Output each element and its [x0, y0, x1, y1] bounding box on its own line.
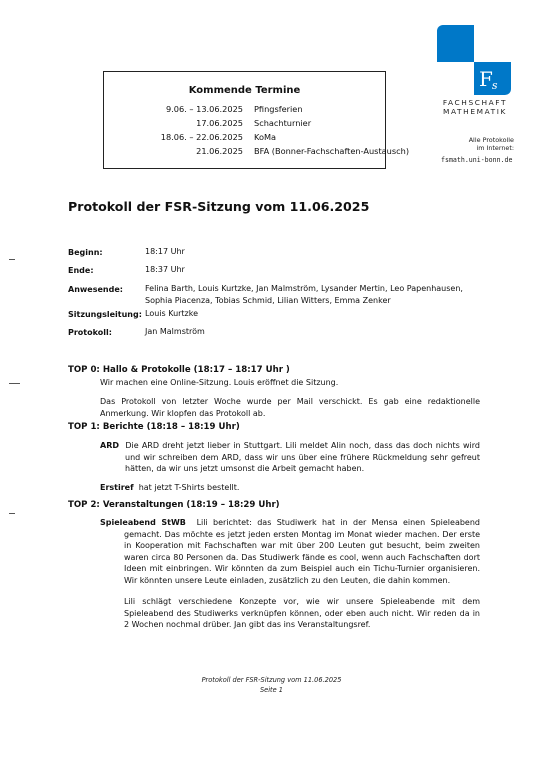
top-0-paragraph: Wir machen eine Online-Sitzung. Louis er…: [100, 377, 480, 389]
event-name: KoMa: [254, 132, 276, 142]
margin-mark: [9, 383, 20, 384]
event-name: BFA (Bonner-Fachschaften-Austausch): [254, 146, 409, 156]
sitzungsleitung-label: Sitzungsleitung:: [68, 310, 142, 319]
protokoll-value: Jan Malmström: [145, 326, 480, 338]
date-range: 9.06. – 13.06.2025: [166, 104, 243, 114]
date-row: 17.06.2025 Schachturnier: [104, 118, 387, 130]
top-0-heading: TOP 0: Hallo & Protokolle (18:17 – 18:17…: [68, 365, 290, 375]
logo-line-2: MATHEMATIK: [437, 107, 513, 116]
footer-page-number: Seite 1: [0, 686, 543, 694]
protokoll-label: Protokoll:: [68, 328, 112, 337]
margin-mark: [9, 259, 15, 260]
top-1-heading: TOP 1: Berichte (18:18 – 18:19 Uhr): [68, 422, 240, 432]
event-text: Lili berichtet: das Studiwerk hat in der…: [124, 518, 480, 585]
date-row: 9.06. – 13.06.2025 Pfingsferien: [104, 104, 387, 116]
protocols-online-note: Alle Protokolle im Internet:: [469, 136, 514, 152]
date-row: 18.06. – 22.06.2025 KoMa: [104, 132, 387, 144]
top-2-heading: TOP 2: Veranstaltungen (18:19 – 18:29 Uh…: [68, 500, 280, 510]
event-name: Schachturnier: [254, 118, 311, 128]
report-text: Die ARD dreht jetzt lieber in Stuttgart.…: [125, 441, 480, 473]
date-range: 17.06.2025: [196, 118, 243, 128]
date-range: 21.06.2025: [196, 146, 243, 156]
logo-square-icon: [437, 25, 474, 62]
fs-monogram-icon: Fs: [479, 66, 509, 92]
report-item-ard: ARD Die ARD dreht jetzt lieber in Stuttg…: [100, 440, 480, 475]
report-text: hat jetzt T-Shirts bestellt.: [139, 483, 240, 492]
ende-label: Ende:: [68, 266, 94, 275]
report-label: ARD: [100, 441, 119, 450]
date-range: 18.06. – 22.06.2025: [161, 132, 243, 142]
report-item-erstiref: Erstiref hat jetzt T-Shirts bestellt.: [100, 482, 480, 494]
top-2-paragraph: Lili schlägt verschiedene Konzepte vor, …: [124, 596, 480, 631]
anwesende-label: Anwesende:: [68, 285, 123, 294]
logo-line-1: FACHSCHAFT: [437, 98, 513, 107]
upcoming-dates-box: Kommende Termine 9.06. – 13.06.2025 Pfin…: [103, 71, 386, 169]
event-label: Spieleabend StWB: [100, 518, 186, 527]
sitzungsleitung-value: Louis Kurtzke: [145, 308, 480, 320]
event-name: Pfingsferien: [254, 104, 303, 114]
date-row: 21.06.2025 BFA (Bonner-Fachschaften-Aust…: [104, 146, 387, 158]
report-label: Erstiref: [100, 483, 134, 492]
margin-mark: [9, 513, 15, 514]
page-title: Protokoll der FSR-Sitzung vom 11.06.2025: [68, 199, 369, 214]
beginn-label: Beginn:: [68, 248, 103, 257]
ende-value: 18:37 Uhr: [145, 264, 480, 276]
footer-title: Protokoll der FSR-Sitzung vom 11.06.2025: [0, 676, 543, 684]
event-item-spieleabend: Spieleabend StWB Lili berichtet: das Stu…: [100, 517, 480, 587]
anwesende-value: Felina Barth, Louis Kurtzke, Jan Malmstr…: [145, 283, 480, 307]
beginn-value: 18:17 Uhr: [145, 246, 480, 258]
top-0-paragraph: Das Protokoll von letzter Woche wurde pe…: [100, 396, 480, 419]
website-link[interactable]: fsmath.uni-bonn.de: [441, 156, 512, 164]
upcoming-dates-title: Kommende Termine: [104, 85, 385, 96]
